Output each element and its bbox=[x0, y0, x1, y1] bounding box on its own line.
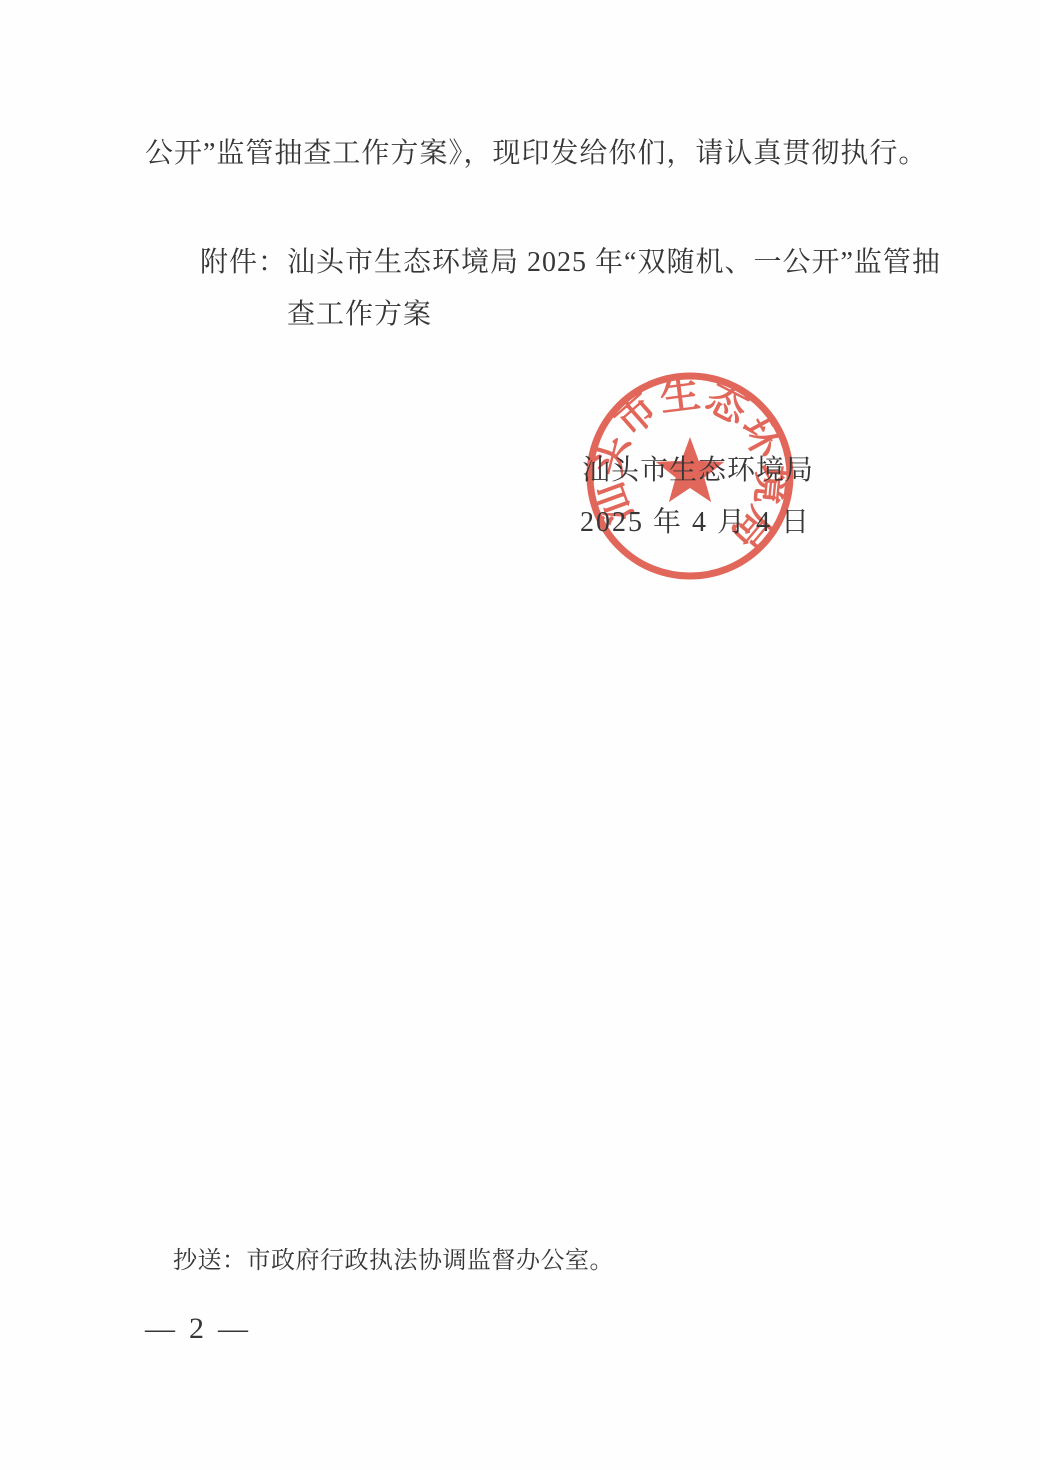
attachment-title-part1: 汕头市生态环境局 2025 年“双随机、一公开”监管抽 bbox=[287, 247, 941, 278]
cc-line: 抄送：市政府行政执法协调监督办公室。 bbox=[173, 1243, 614, 1279]
seal-char: 市 bbox=[606, 385, 666, 445]
seal-char: 生 bbox=[657, 370, 702, 420]
body-paragraph-line: 公开”监管抽查工作方案》，现印发给你们，请认真贯彻执行。 bbox=[145, 136, 927, 172]
document-page: 公开”监管抽查工作方案》，现印发给你们，请认真贯彻执行。 附件：汕头市生态环境局… bbox=[0, 0, 1040, 1470]
signature-organization: 汕头市生态环境局 bbox=[582, 453, 814, 489]
cc-label: 抄送： bbox=[173, 1248, 247, 1274]
attachment-line-2: 查工作方案 bbox=[287, 297, 432, 333]
page-number: — 2 — bbox=[145, 1312, 248, 1346]
page-number-value: 2 bbox=[189, 1312, 204, 1346]
page-number-dash-left: — bbox=[145, 1312, 175, 1346]
signature-date: 2025 年 4 月 4 日 bbox=[580, 505, 811, 541]
page-number-dash-right: — bbox=[218, 1312, 248, 1346]
attachment-line-1: 附件：汕头市生态环境局 2025 年“双随机、一公开”监管抽 bbox=[200, 245, 941, 281]
cc-text: 市政府行政执法协调监督办公室。 bbox=[247, 1248, 615, 1274]
attachment-label: 附件： bbox=[200, 247, 287, 278]
